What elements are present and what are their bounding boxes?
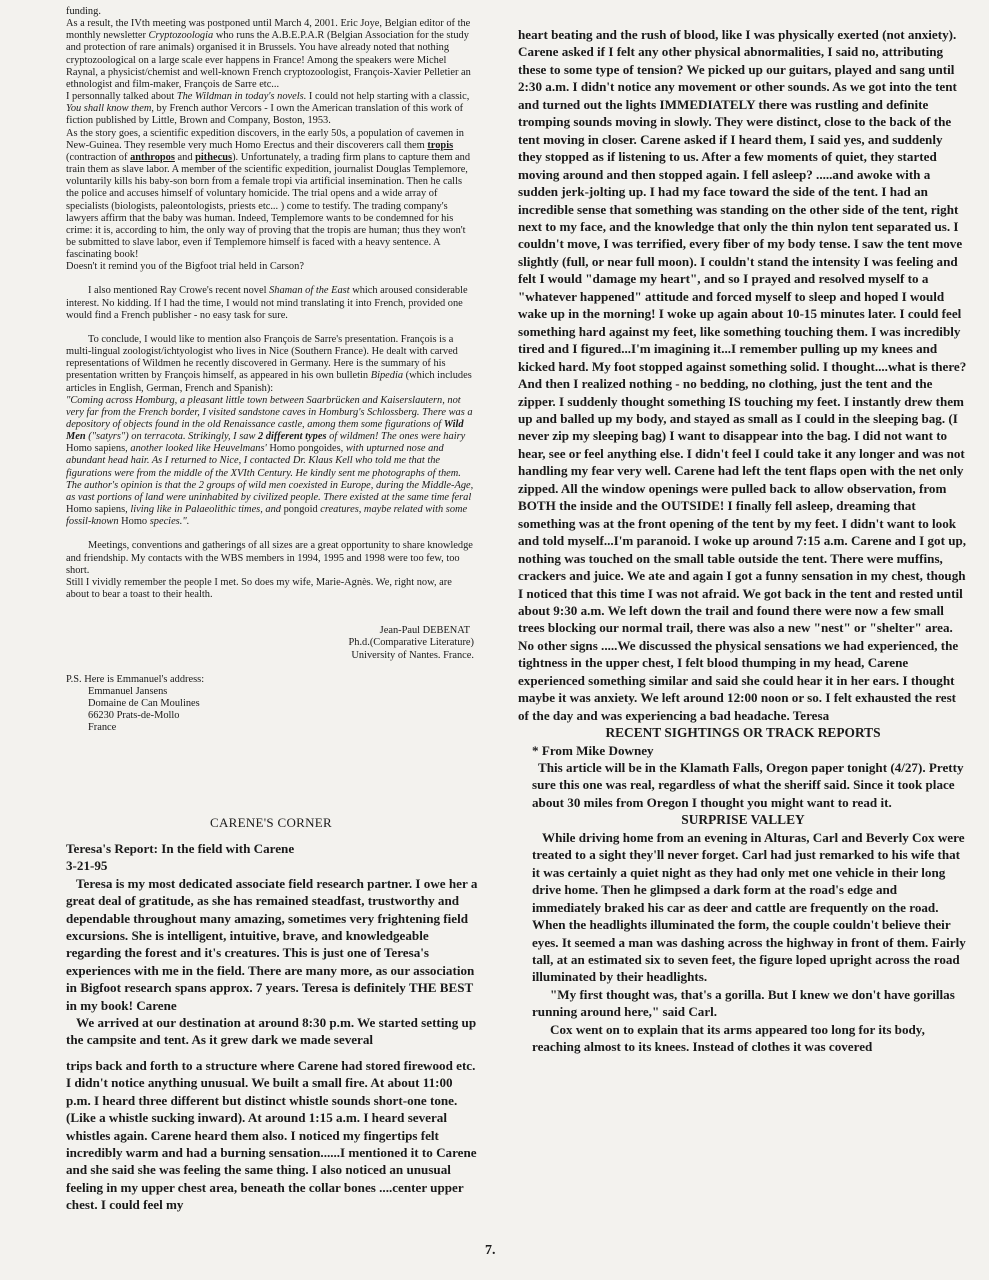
paragraph: Doesn't it remind you of the Bigfoot tri… [66, 261, 476, 273]
article-intro: This article will be in the Klamath Fall… [518, 759, 968, 811]
story-continued: heart beating and the rush of blood, lik… [518, 26, 968, 445]
address-block: Emmanuel Jansens Domaine de Can Moulines… [66, 686, 476, 735]
ps-intro: P.S. Here is Emmanuel's address: [66, 674, 476, 686]
report-source: * From Mike Downey [518, 742, 968, 759]
paragraph: Still I vividly remember the people I me… [66, 577, 476, 601]
story-paragraph: trips back and forth to a structure wher… [66, 1057, 478, 1214]
right-column: heart beating and the rush of blood, lik… [518, 26, 968, 1056]
paragraph: I also mentioned Ray Crowe's recent nove… [66, 285, 476, 321]
article-heading-surprise-valley: SURPRISE VALLEY [518, 811, 968, 828]
section-heading-carenes-corner: CARENE'S CORNER [66, 815, 476, 831]
paragraph: I personnally talked about The Wildman i… [66, 91, 476, 127]
paragraph: funding. [66, 6, 476, 18]
article-paragraph: While driving home from an evening in Al… [518, 829, 968, 986]
story-paragraph: We arrived at our destination at around … [66, 1014, 478, 1049]
paragraph: As the story goes, a scientific expediti… [66, 128, 476, 262]
carene-corner-section: Teresa's Report: In the field with Caren… [66, 840, 478, 1214]
article-paragraph: "My first thought was, that's a gorilla.… [518, 986, 968, 1021]
signature-name: Jean-Paul DEBENAT [348, 625, 474, 637]
signature-block: Jean-Paul DEBENAT Ph.d.(Comparative Lite… [66, 625, 476, 661]
page-number: 7. [485, 1243, 496, 1259]
article-paragraph: Cox went on to explain that its arms app… [518, 1021, 968, 1056]
paragraph: Meetings, conventions and gatherings of … [66, 540, 476, 576]
section-heading-recent-sightings: RECENT SIGHTINGS OR TRACK REPORTS [518, 724, 968, 741]
signature-degree: Ph.d.(Comparative Literature) [348, 637, 474, 649]
left-column-article: funding. As a result, the IVth meeting w… [66, 6, 476, 734]
signature-university: University of Nantes. France. [348, 650, 474, 662]
paragraph: As a result, the IVth meeting was postpo… [66, 18, 476, 91]
quote-block: "Coming across Homburg, a pleasant littl… [66, 395, 476, 529]
paragraph: To conclude, I would like to mention als… [66, 334, 476, 395]
report-date: 3-21-95 [66, 857, 478, 874]
report-title: Teresa's Report: In the field with Caren… [66, 840, 478, 857]
story-continued: hear, see or feel anything else. I didn'… [518, 445, 968, 724]
intro-paragraph: Teresa is my most dedicated associate fi… [66, 875, 478, 1014]
newsletter-page: funding. As a result, the IVth meeting w… [0, 0, 989, 1280]
